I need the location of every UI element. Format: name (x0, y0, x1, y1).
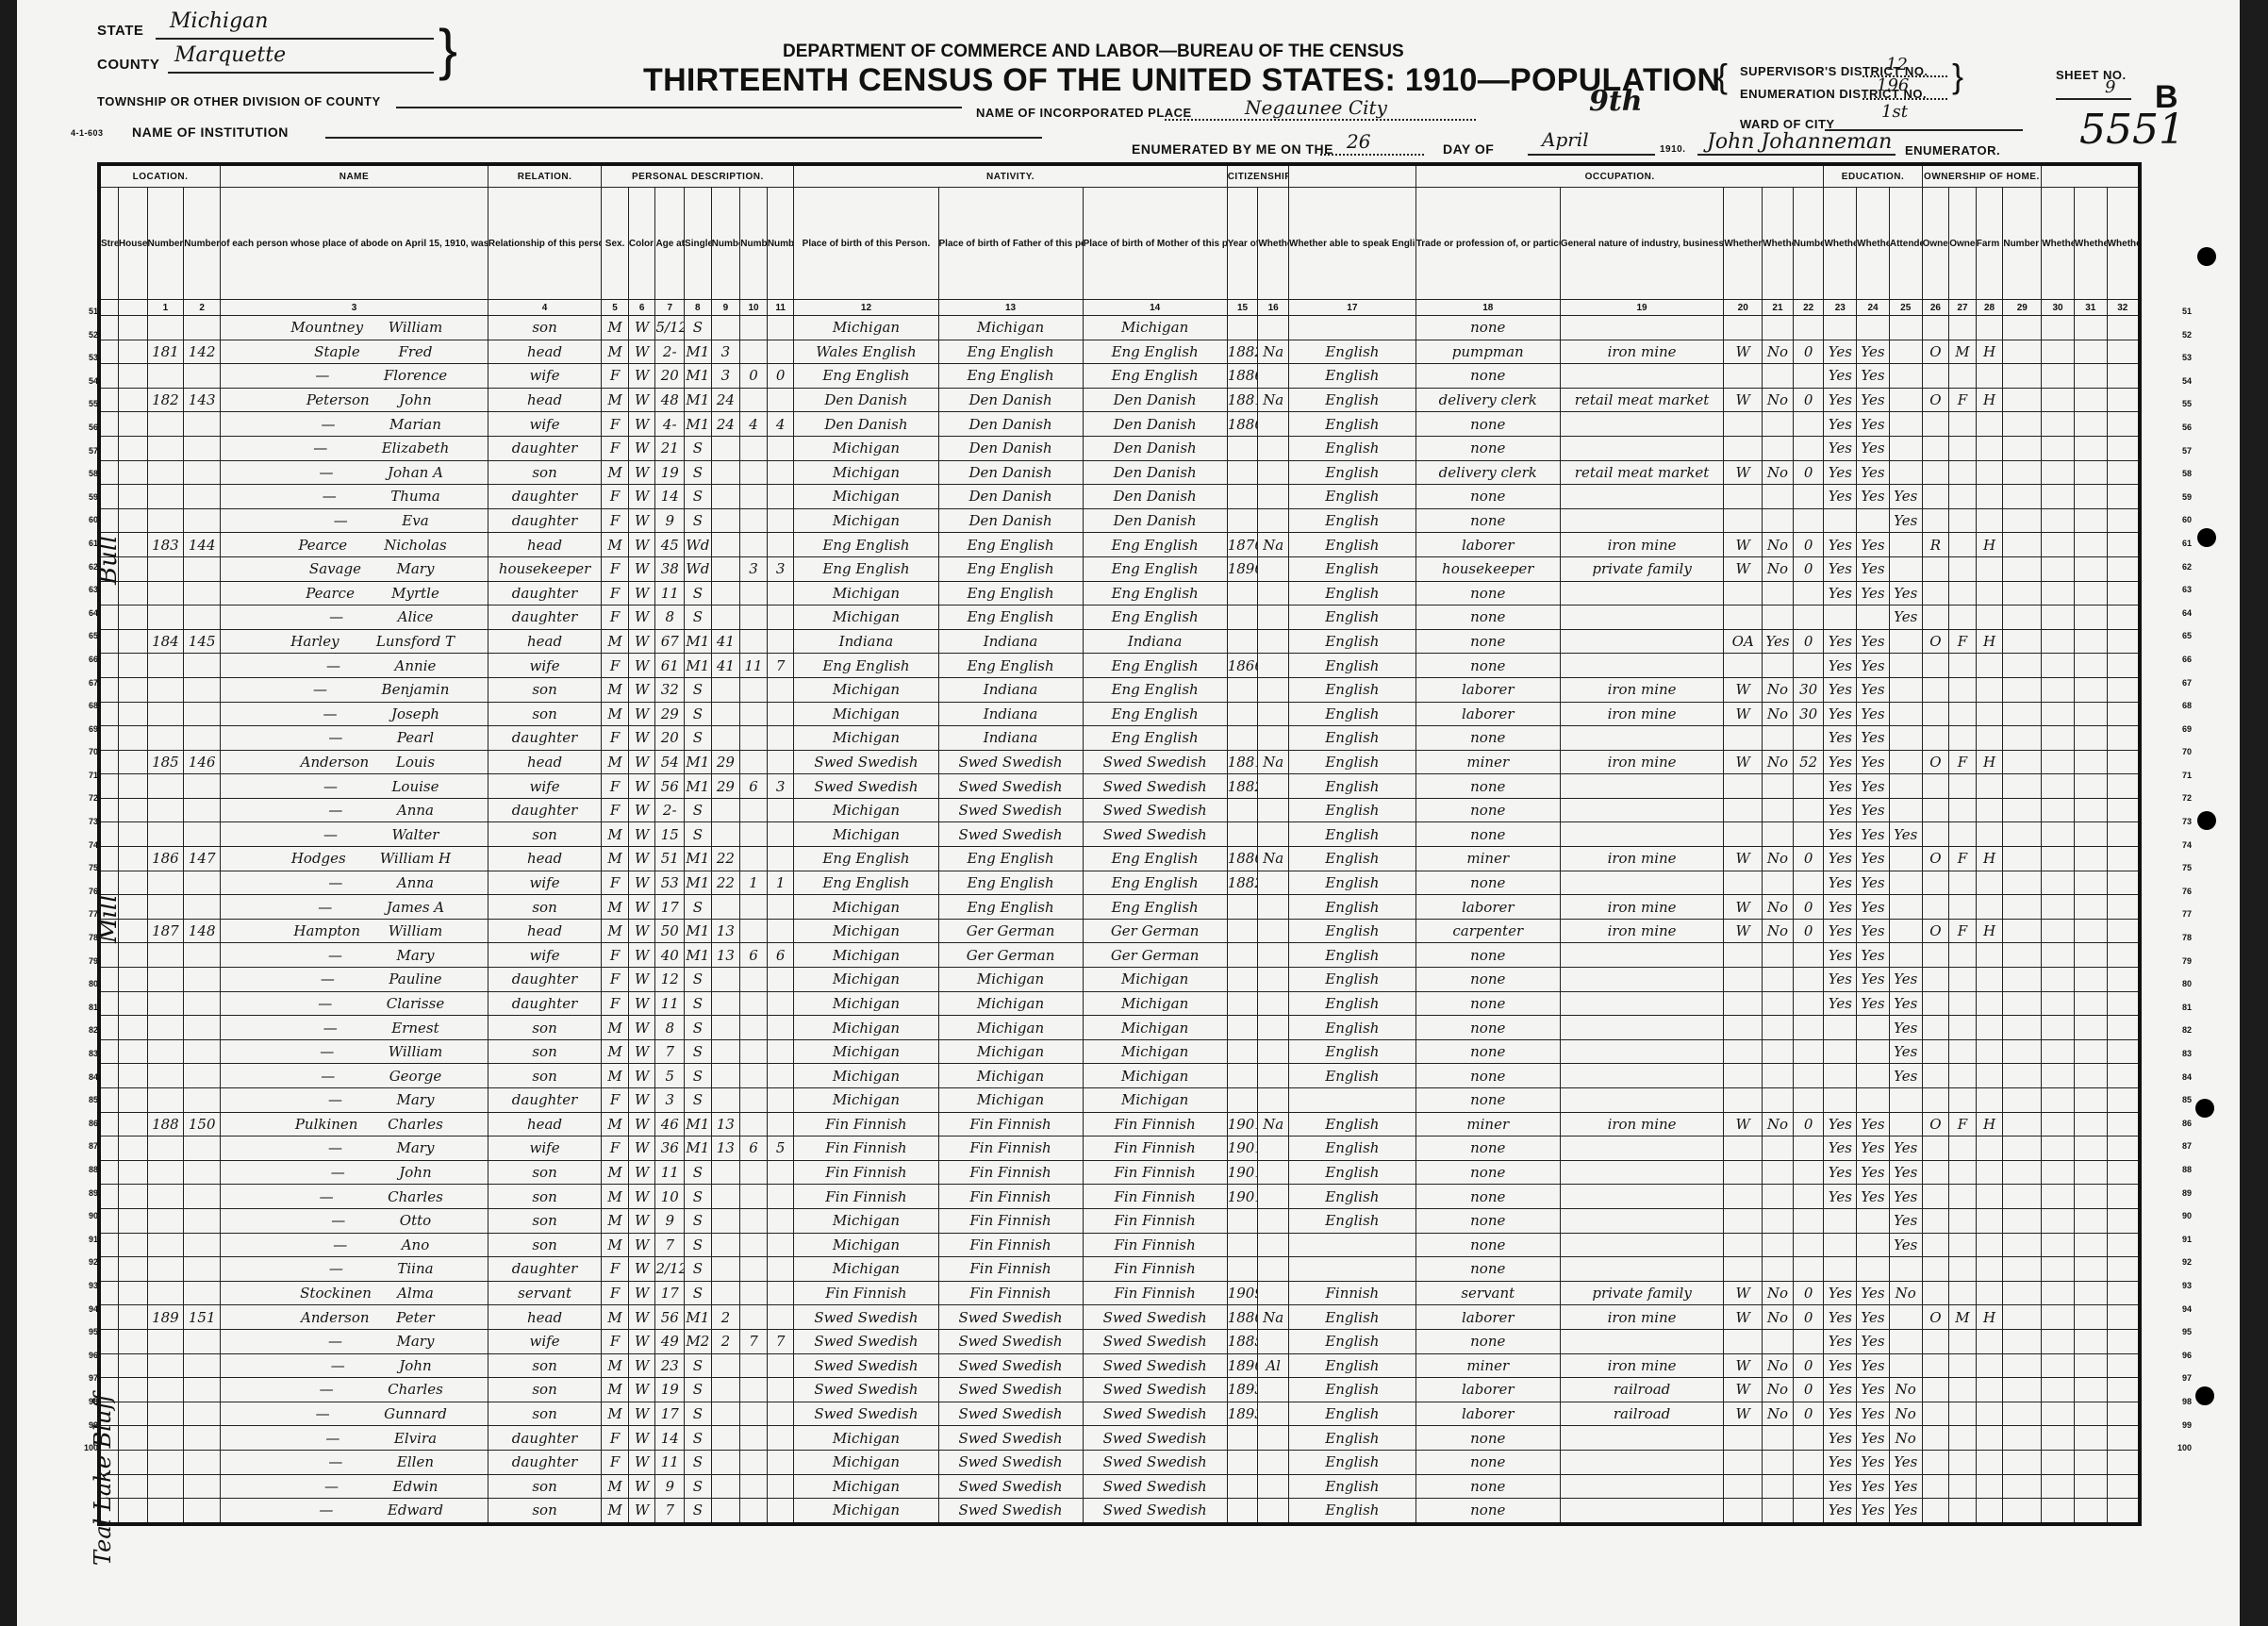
cell-ind (1560, 412, 1724, 437)
empty-cell (2107, 1160, 2140, 1185)
cell-race: W (628, 1402, 655, 1426)
empty-cell (99, 340, 118, 364)
table-row: —GunnardsonMW17SSwed SwedishSwed Swedish… (99, 1402, 2140, 1426)
cell-ind (1560, 1208, 1724, 1233)
surname: — (265, 1502, 388, 1518)
cell-nat (1258, 1450, 1289, 1474)
surname: — (265, 464, 388, 481)
col-write: Whether able to write. (1857, 188, 1890, 300)
cell-write: Yes (1857, 436, 1890, 460)
cell-bp: Michigan (794, 726, 938, 751)
cell-age: 53 (655, 871, 685, 895)
cell-bp: Swed Swedish (794, 1305, 938, 1330)
person-name: —Ano (221, 1233, 488, 1257)
cell-living (767, 629, 794, 654)
cell-ind (1560, 1499, 1724, 1524)
cell-emp (1724, 1039, 1763, 1064)
empty-cell (2042, 798, 2075, 822)
cell-owned (1922, 581, 1949, 606)
cell-born (740, 508, 768, 533)
cell-nat (1258, 943, 1289, 968)
empty-cell (118, 1402, 147, 1426)
empty-cell (2107, 1499, 2140, 1524)
surname: — (274, 1453, 397, 1470)
cell-dwelling: 184 (147, 629, 184, 654)
person-name: PetersonJohn (221, 388, 488, 412)
cell-emp (1724, 1450, 1763, 1474)
cell-ind (1560, 1088, 1724, 1113)
person-name: —Mary (221, 1088, 488, 1113)
cell-owned: R (1922, 533, 1949, 557)
cell-race: W (628, 1499, 655, 1524)
cell-age: 61 (655, 654, 685, 678)
line-number: 94 (81, 1298, 98, 1321)
cell-bp: Michigan (794, 1039, 938, 1064)
empty-cell (118, 1450, 147, 1474)
table-row: —EllendaughterFW11SMichiganSwed SwedishS… (99, 1450, 2140, 1474)
cell-farm (1976, 726, 2003, 751)
cell-lang: English (1289, 1160, 1416, 1185)
cell-lang: English (1289, 822, 1416, 847)
cell-age: 8 (655, 1016, 685, 1040)
cell-free (1949, 654, 1977, 678)
section-language (1289, 164, 1416, 188)
cell-oow (1763, 1329, 1794, 1353)
empty-cell (2074, 556, 2107, 581)
cell-ind: iron mine (1560, 1353, 1724, 1378)
cell-free (1949, 1426, 1977, 1451)
cell-marital: S (685, 991, 712, 1016)
cell-born: 7 (740, 1329, 768, 1353)
empty-cell (99, 968, 118, 992)
cell-ind: retail meat market (1560, 388, 1724, 412)
cell-yrs: 22 (711, 871, 740, 895)
cell-bm: Michigan (1083, 968, 1227, 992)
cell-oow (1763, 822, 1794, 847)
cell-nat (1258, 1499, 1289, 1524)
cell-lang: English (1289, 750, 1416, 774)
cell-lang: English (1289, 726, 1416, 751)
cell-family (184, 316, 221, 340)
cell-lang: English (1289, 1016, 1416, 1040)
col-children-living: Number now living. (767, 188, 794, 300)
empty-cell (2042, 1185, 2075, 1209)
cell-marital: S (685, 1499, 712, 1524)
cell-read: Yes (1824, 1281, 1857, 1305)
person-name: —Elizabeth (221, 436, 488, 460)
cell-living (767, 1233, 794, 1257)
empty-cell (99, 991, 118, 1016)
cell-owned (1922, 1402, 1949, 1426)
cell-free (1949, 508, 1977, 533)
cell-marital: S (685, 1064, 712, 1088)
cell-write (1857, 606, 1890, 630)
table-row: —ElizabethdaughterFW21SMichiganDen Danis… (99, 436, 2140, 460)
cell-read: Yes (1824, 1402, 1857, 1426)
empty-cell (2107, 581, 2140, 606)
cell-school (1889, 533, 1922, 557)
cell-oow: No (1763, 919, 1794, 943)
cell-emp: W (1724, 340, 1763, 364)
col-birth-mother: Place of birth of Mother of this person. (1083, 188, 1227, 300)
cell-dwelling: 183 (147, 533, 184, 557)
cell-yrs (711, 1208, 740, 1233)
person-name: —Pauline (221, 968, 488, 992)
cell-farm: H (1976, 629, 2003, 654)
line-number: 53 (81, 346, 98, 370)
cell-bp: Eng English (794, 654, 938, 678)
cell-nat: Na (1258, 1305, 1289, 1330)
cell-wks (1793, 1088, 1824, 1113)
cell-oow (1763, 1426, 1794, 1451)
given-name: Marian (389, 416, 441, 433)
cell-read: Yes (1824, 750, 1857, 774)
punch-hole (2195, 1386, 2214, 1405)
cell-emp (1724, 1329, 1763, 1353)
surname: — (266, 971, 389, 987)
empty-cell (2074, 629, 2107, 654)
col-street: Street, avenue, road, etc. (99, 188, 118, 300)
table-row: —CharlessonMW10SFin FinnishFin FinnishFi… (99, 1185, 2140, 1209)
cell-nat (1258, 895, 1289, 920)
cell-marital: S (685, 1088, 712, 1113)
cell-read (1824, 1064, 1857, 1088)
cell-school (1889, 629, 1922, 654)
cell-born (740, 1185, 768, 1209)
cell-school (1889, 1088, 1922, 1113)
empty-cell (99, 1137, 118, 1161)
cell-age: 46 (655, 1112, 685, 1137)
cell-imm (1227, 1474, 1258, 1499)
table-row: MountneyWilliamsonMW5/12SMichiganMichiga… (99, 316, 2140, 340)
cell-farm (1976, 654, 2003, 678)
surname: Mountney (266, 319, 389, 336)
cell-marital: S (685, 968, 712, 992)
line-number: 68 (2169, 694, 2192, 718)
cell-imm: 1901 (1227, 1112, 1258, 1137)
cell-farm (1976, 508, 2003, 533)
empty-cell (2107, 1378, 2140, 1402)
empty-cell (2003, 436, 2042, 460)
cell-marital: M1 (685, 1305, 712, 1330)
line-number: 96 (81, 1344, 98, 1368)
surname: — (276, 1357, 399, 1374)
cell-oow (1763, 1160, 1794, 1185)
cell-emp: OA (1724, 629, 1763, 654)
empty-cell (99, 460, 118, 485)
empty-cell (2042, 581, 2075, 606)
empty-cell (118, 677, 147, 702)
empty-cell (99, 1208, 118, 1233)
cell-lang: English (1289, 991, 1416, 1016)
cell-farm (1976, 1281, 2003, 1305)
cell-imm (1227, 822, 1258, 847)
empty-cell (2107, 1474, 2140, 1499)
cell-living (767, 460, 794, 485)
column-number: 12 (794, 300, 938, 316)
empty-cell (118, 436, 147, 460)
cell-yrs (711, 991, 740, 1016)
cell-ind (1560, 1426, 1724, 1451)
cell-oow: Yes (1763, 629, 1794, 654)
empty-cell (99, 943, 118, 968)
empty-cell (118, 702, 147, 726)
cell-born (740, 388, 768, 412)
cell-school (1889, 798, 1922, 822)
cell-imm: 1885 (1227, 1329, 1258, 1353)
enumerated-day: 26 (1347, 130, 1370, 153)
cell-bf: Ger German (938, 919, 1083, 943)
cell-sex: M (602, 533, 629, 557)
cell-ind (1560, 822, 1724, 847)
cell-lang: English (1289, 1305, 1416, 1330)
cell-living (767, 1016, 794, 1040)
punch-hole (2197, 528, 2216, 547)
cell-sex: F (602, 1329, 629, 1353)
cell-sex: M (602, 1305, 629, 1330)
empty-cell (2003, 485, 2042, 509)
cell-bp: Den Danish (794, 412, 938, 437)
cell-sex: M (602, 1378, 629, 1402)
line-number: 78 (2169, 926, 2192, 950)
cell-bf: Indiana (938, 702, 1083, 726)
cell-farm (1976, 412, 2003, 437)
empty-cell (2003, 1426, 2042, 1451)
empty-cell (2074, 1088, 2107, 1113)
cell-lang: English (1289, 1402, 1416, 1426)
cell-lang: English (1289, 1039, 1416, 1064)
cell-wks (1793, 1474, 1824, 1499)
cell-race: W (628, 798, 655, 822)
cell-marital: S (685, 1402, 712, 1426)
cell-living (767, 316, 794, 340)
cell-bp: Michigan (794, 1233, 938, 1257)
section-personal: PERSONAL DESCRIPTION. (602, 164, 794, 188)
empty-cell (2003, 556, 2042, 581)
cell-read: Yes (1824, 943, 1857, 968)
cell-farm (1976, 1016, 2003, 1040)
cell-bp: Eng English (794, 364, 938, 389)
cell-oow (1763, 943, 1794, 968)
cell-marital: M1 (685, 412, 712, 437)
cell-ind (1560, 1137, 1724, 1161)
cell-free (1949, 412, 1977, 437)
cell-age: 4- (655, 412, 685, 437)
col-birth-person: Place of birth of this Person. (794, 188, 938, 300)
table-row: —FlorencewifeFW20M1300Eng EnglishEng Eng… (99, 364, 2140, 389)
section-education: EDUCATION. (1824, 164, 1922, 188)
cell-wks (1793, 485, 1824, 509)
surname: — (273, 1091, 396, 1108)
cell-school: Yes (1889, 1064, 1922, 1088)
cell-sex: M (602, 1208, 629, 1233)
cell-bp: Michigan (794, 919, 938, 943)
cell-emp: W (1724, 919, 1763, 943)
cell-emp (1724, 1233, 1763, 1257)
cell-read: Yes (1824, 702, 1857, 726)
cell-wks (1793, 1499, 1824, 1524)
cell-school (1889, 654, 1922, 678)
empty-cell (99, 556, 118, 581)
line-number: 87 (81, 1135, 98, 1158)
empty-cell (2003, 1016, 2042, 1040)
table-row: —JosephsonMW29SMichiganIndianaEng Englis… (99, 702, 2140, 726)
cell-bm: Swed Swedish (1083, 750, 1227, 774)
cell-sex: F (602, 943, 629, 968)
cell-marital: M1 (685, 847, 712, 871)
cell-free: M (1949, 1305, 1977, 1330)
cell-wks (1793, 436, 1824, 460)
cell-bm: Michigan (1083, 991, 1227, 1016)
state-label: STATE (97, 23, 143, 39)
empty-cell (2042, 1016, 2075, 1040)
cell-living (767, 581, 794, 606)
empty-cell (2107, 895, 2140, 920)
cell-emp (1724, 654, 1763, 678)
surname: — (259, 681, 382, 698)
empty-cell (2003, 1160, 2042, 1185)
column-number: 13 (938, 300, 1083, 316)
cell-farm (1976, 1378, 2003, 1402)
cell-free (1949, 677, 1977, 702)
cell-write: Yes (1857, 750, 1890, 774)
empty-cell (2042, 968, 2075, 992)
cell-bf: Den Danish (938, 460, 1083, 485)
cell-bm: Eng English (1083, 606, 1227, 630)
empty-cell (2074, 1450, 2107, 1474)
cell-trade: none (1415, 1064, 1560, 1088)
cell-ind: iron mine (1560, 340, 1724, 364)
cell-born (740, 1378, 768, 1402)
cell-yrs: 2 (711, 1329, 740, 1353)
cell-living: 6 (767, 943, 794, 968)
cell-school: Yes (1889, 508, 1922, 533)
line-number: 93 (2169, 1274, 2192, 1298)
cell-marital: S (685, 436, 712, 460)
column-number: 20 (1724, 300, 1763, 316)
empty-cell (2074, 774, 2107, 799)
cell-race: W (628, 654, 655, 678)
cell-ind (1560, 1257, 1724, 1282)
cell-farm (1976, 991, 2003, 1016)
cell-write: Yes (1857, 654, 1890, 678)
cell-free (1949, 968, 1977, 992)
table-row: —AnniewifeFW61M141117Eng EnglishEng Engl… (99, 654, 2140, 678)
institution-label: NAME OF INSTITUTION (132, 124, 289, 140)
empty-cell (118, 822, 147, 847)
empty-cell (2003, 1112, 2042, 1137)
table-row: 182143PetersonJohnheadMW48M124Den Danish… (99, 388, 2140, 412)
ward-value: 1st (1881, 102, 1908, 122)
cell-bp: Michigan (794, 1474, 938, 1499)
column-number: 1 (147, 300, 184, 316)
cell-school (1889, 556, 1922, 581)
cell-sex: F (602, 991, 629, 1016)
cell-farm (1976, 871, 2003, 895)
col-read: Whether able to read. (1824, 188, 1857, 300)
cell-bp: Michigan (794, 436, 938, 460)
cell-race: W (628, 1016, 655, 1040)
empty-cell (99, 1064, 118, 1088)
given-name: John (399, 1164, 431, 1181)
line-number: 73 (2169, 810, 2192, 834)
empty-cell (2003, 677, 2042, 702)
cell-lang: English (1289, 606, 1416, 630)
line-number: 87 (2169, 1135, 2192, 1158)
cell-dwelling: 186 (147, 847, 184, 871)
cell-bp: Fin Finnish (794, 1160, 938, 1185)
cell-free (1949, 1185, 1977, 1209)
cell-sex: M (602, 847, 629, 871)
cell-wks (1793, 654, 1824, 678)
column-number: 4 (488, 300, 601, 316)
cell-yrs (711, 1378, 740, 1402)
empty-cell (2042, 629, 2075, 654)
cell-emp: W (1724, 847, 1763, 871)
line-number: 74 (2169, 834, 2192, 857)
surname: Harley (254, 633, 376, 650)
table-row: —PearldaughterFW20SMichiganIndianaEng En… (99, 726, 2140, 751)
cell-imm (1227, 968, 1258, 992)
cell-age: 32 (655, 677, 685, 702)
surname: Hampton (266, 922, 389, 939)
empty-cell (2074, 798, 2107, 822)
cell-farm (1976, 436, 2003, 460)
empty-cell (2107, 340, 2140, 364)
surname: Anderson (273, 1309, 396, 1326)
cell-family (184, 556, 221, 581)
empty-cell (2074, 919, 2107, 943)
cell-marital: S (685, 1281, 712, 1305)
cell-free (1949, 1474, 1977, 1499)
cell-lang: English (1289, 1329, 1416, 1353)
cell-bf: Swed Swedish (938, 1305, 1083, 1330)
scan-edge-left (0, 0, 17, 1626)
line-numbers-left: 5152535455565758596061626364656667686970… (81, 300, 98, 1460)
cell-emp: W (1724, 388, 1763, 412)
cell-bm: Fin Finnish (1083, 1160, 1227, 1185)
empty-cell (2107, 1233, 2140, 1257)
cell-age: 56 (655, 1305, 685, 1330)
line-number: 93 (81, 1274, 98, 1298)
cell-relation: daughter (488, 606, 601, 630)
cell-bf: Swed Swedish (938, 1378, 1083, 1402)
cell-nat: Na (1258, 388, 1289, 412)
cell-nat (1258, 919, 1289, 943)
cell-race: W (628, 1137, 655, 1161)
cell-bp: Michigan (794, 798, 938, 822)
cell-bm: Eng English (1083, 726, 1227, 751)
empty-cell (2042, 1257, 2075, 1282)
cell-yrs (711, 895, 740, 920)
cell-oow (1763, 968, 1794, 992)
cell-marital: M1 (685, 919, 712, 943)
cell-race: W (628, 1257, 655, 1282)
cell-oow (1763, 508, 1794, 533)
cell-trade: none (1415, 991, 1560, 1016)
cell-yrs: 41 (711, 629, 740, 654)
cell-owned (1922, 943, 1949, 968)
cell-write: Yes (1857, 895, 1890, 920)
cell-owned (1922, 1233, 1949, 1257)
cell-bf: Den Danish (938, 412, 1083, 437)
county-line (168, 72, 434, 74)
empty-cell (118, 1088, 147, 1113)
line-number: 58 (81, 462, 98, 486)
cell-emp: W (1724, 750, 1763, 774)
empty-cell (2003, 606, 2042, 630)
cell-wks (1793, 798, 1824, 822)
